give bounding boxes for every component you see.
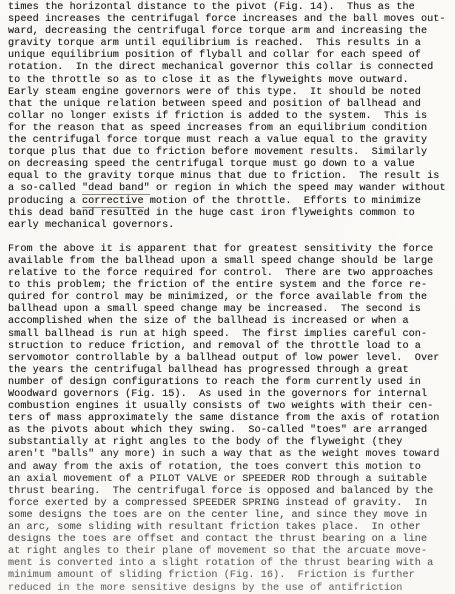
text-line: on decreasing speed the centrifugal torq… [8, 159, 453, 171]
text-line: the centrifugal force torque must reach … [8, 135, 453, 147]
text-line: to this problem; the friction of the ent… [8, 280, 453, 292]
text-line: some designs the toes are on the center … [8, 510, 453, 522]
text-line: to the throttle so as to close it as the… [8, 75, 453, 87]
text-line: reduced in the more sensitive designs by… [8, 583, 453, 594]
text-line: accomplished when the size of the ballhe… [8, 316, 453, 328]
text-line: torque plus that due to friction before … [8, 147, 453, 159]
text-line: a so-called "dead band" or region in whi… [8, 183, 453, 195]
text-line: that the unique relation between speed a… [8, 99, 453, 111]
text-line: and away from the axis of rotation, the … [8, 462, 453, 474]
text-line: minimum amount of sliding friction (Fig.… [8, 570, 453, 582]
text-line: collar no longer exists if friction is a… [8, 111, 453, 123]
text-line: times the horizontal distance to the piv… [8, 2, 453, 14]
text-line: Early steam engine governors were of thi… [8, 87, 453, 99]
text-line: equal to the gravity torque minus that d… [8, 171, 453, 183]
text-line: for the reason that as speed increases f… [8, 123, 453, 135]
text-line: Woodward governors (Fig. 15). As used in… [8, 389, 453, 401]
paragraph: From the above it is apparent that for g… [8, 244, 453, 594]
text-line: early mechanical governors. [8, 220, 453, 232]
text-line: speed increases the centrifugal force in… [8, 14, 453, 26]
body-text: times the horizontal distance to the piv… [8, 2, 453, 594]
text-line: relative to the force required for contr… [8, 268, 453, 280]
underlined-term: corrective [82, 196, 144, 208]
text-line: available from the ballhead upon a small… [8, 256, 453, 268]
text-line: servomotor controllable by a ballhead ou… [8, 353, 453, 365]
text-line: at right angles to their plane of moveme… [8, 546, 453, 558]
text-line: designs the toes are offset and contact … [8, 534, 453, 546]
text-line: struction to reduce friction, and remova… [8, 341, 453, 353]
document-page: times the horizontal distance to the piv… [0, 0, 455, 594]
text-line: small ballhead is run at high speed. The… [8, 329, 453, 341]
text-line: an axial movement of a PILOT VALVE or SP… [8, 474, 453, 486]
paragraph: times the horizontal distance to the piv… [8, 2, 453, 232]
text-line: producing a corrective motion of the thr… [8, 196, 453, 208]
text-line: aren't "balls" any more) in such a way t… [8, 449, 453, 461]
text-line: combustion engines it usually consists o… [8, 401, 453, 413]
text-line: ballhead upon a small speed change may b… [8, 304, 453, 316]
text-line: ward, decreasing the centrifugal force t… [8, 26, 453, 38]
text-line: force exerted by a compressed SPEEDER SP… [8, 498, 453, 510]
text-line: quired for control may be minimized, or … [8, 292, 453, 304]
text-line: thrust bearing. The centrifugal force is… [8, 486, 453, 498]
text-line: rotation. In the direct mechanical gover… [8, 62, 453, 74]
text-line: ters of mass approximately the same dist… [8, 413, 453, 425]
text-line: unique equilibrium position of flyball a… [8, 50, 453, 62]
underlined-term: "dead band" [82, 183, 150, 195]
text-line: substantially at right angles to the bod… [8, 437, 453, 449]
text-line: number of design configurations to reach… [8, 377, 453, 389]
text-line: gravity torque arm until equilibrium is … [8, 38, 453, 50]
text-line: as the pivots about which they swing. So… [8, 425, 453, 437]
text-line: an arc, some sliding with resultant fric… [8, 522, 453, 534]
text-line: the years the centrifugal ballhead has p… [8, 365, 453, 377]
text-line: From the above it is apparent that for g… [8, 244, 453, 256]
text-line: ment is converted into a slight rotation… [8, 558, 453, 570]
text-line: this dead band resulted in the huge cast… [8, 208, 453, 220]
